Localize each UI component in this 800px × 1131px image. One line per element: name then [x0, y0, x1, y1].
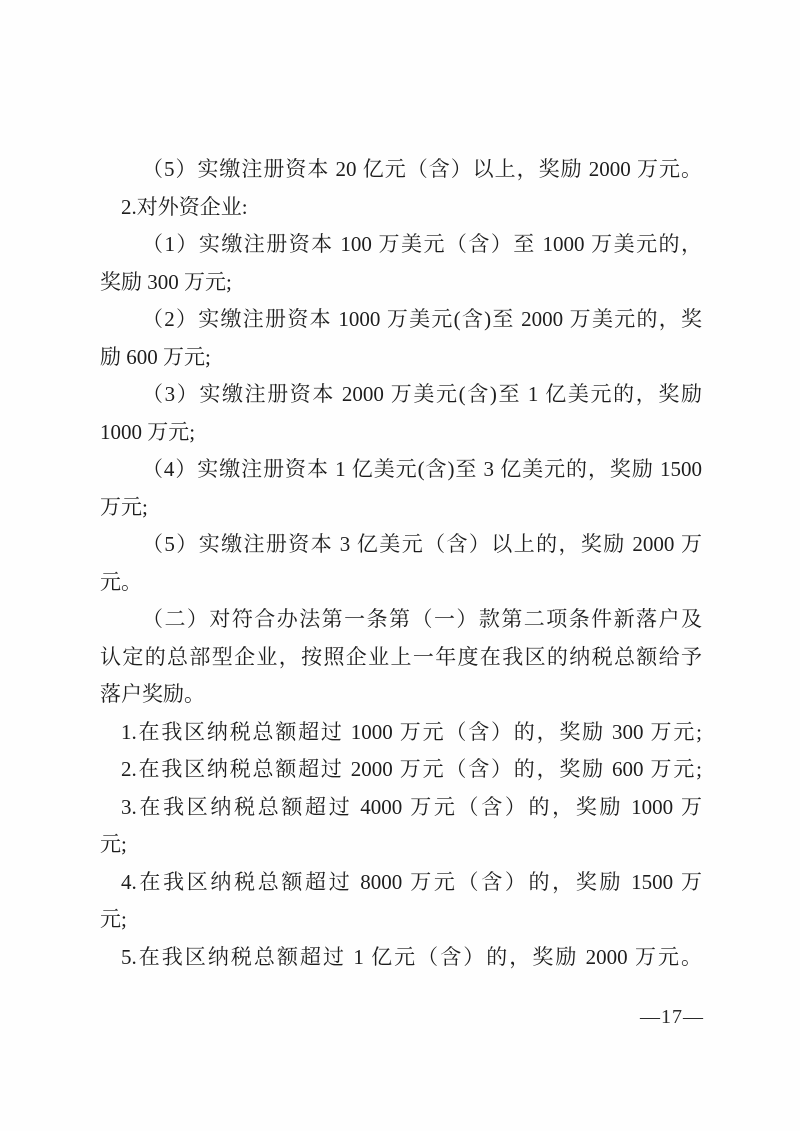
text-line: （二）对符合办法第一条第（一）款第二项条件新落户及 [100, 601, 702, 639]
text-line: 元; [100, 826, 702, 864]
text-line: 认定的总部型企业，按照企业上一年度在我区的纳税总额给予 [100, 639, 702, 677]
text-line: 1.在我区纳税总额超过 1000 万元（含）的，奖励 300 万元; [100, 714, 702, 752]
text-line: 5.在我区纳税总额超过 1 亿元（含）的，奖励 2000 万元。 [100, 939, 702, 977]
text-line: 元; [100, 901, 702, 939]
text-line: 万元; [100, 489, 702, 527]
text-line: 2.对外资企业: [100, 189, 702, 227]
document-body: （5）实缴注册资本 20 亿元（含）以上，奖励 2000 万元。 2.对外资企业… [100, 151, 702, 976]
text-line: 元。 [100, 564, 702, 602]
text-line: （5）实缴注册资本 20 亿元（含）以上，奖励 2000 万元。 [100, 151, 702, 189]
text-line: 4.在我区纳税总额超过 8000 万元（含）的，奖励 1500 万 [100, 864, 702, 902]
text-line: （4）实缴注册资本 1 亿美元(含)至 3 亿美元的，奖励 1500 [100, 451, 702, 489]
text-line: （5）实缴注册资本 3 亿美元（含）以上的，奖励 2000 万 [100, 526, 702, 564]
text-line: 励 600 万元; [100, 339, 702, 377]
text-line: 奖励 300 万元; [100, 264, 702, 302]
text-line: 2.在我区纳税总额超过 2000 万元（含）的，奖励 600 万元; [100, 751, 702, 789]
text-line: （2）实缴注册资本 1000 万美元(含)至 2000 万美元的，奖 [100, 301, 702, 339]
text-line: （3）实缴注册资本 2000 万美元(含)至 1 亿美元的，奖励 [100, 376, 702, 414]
document-page: （5）实缴注册资本 20 亿元（含）以上，奖励 2000 万元。 2.对外资企业… [0, 0, 800, 1131]
page-number: —17— [640, 1002, 704, 1032]
text-line: （1）实缴注册资本 100 万美元（含）至 1000 万美元的， [100, 226, 702, 264]
text-line: 1000 万元; [100, 414, 702, 452]
text-line: 3.在我区纳税总额超过 4000 万元（含）的，奖励 1000 万 [100, 789, 702, 827]
text-line: 落户奖励。 [100, 676, 702, 714]
